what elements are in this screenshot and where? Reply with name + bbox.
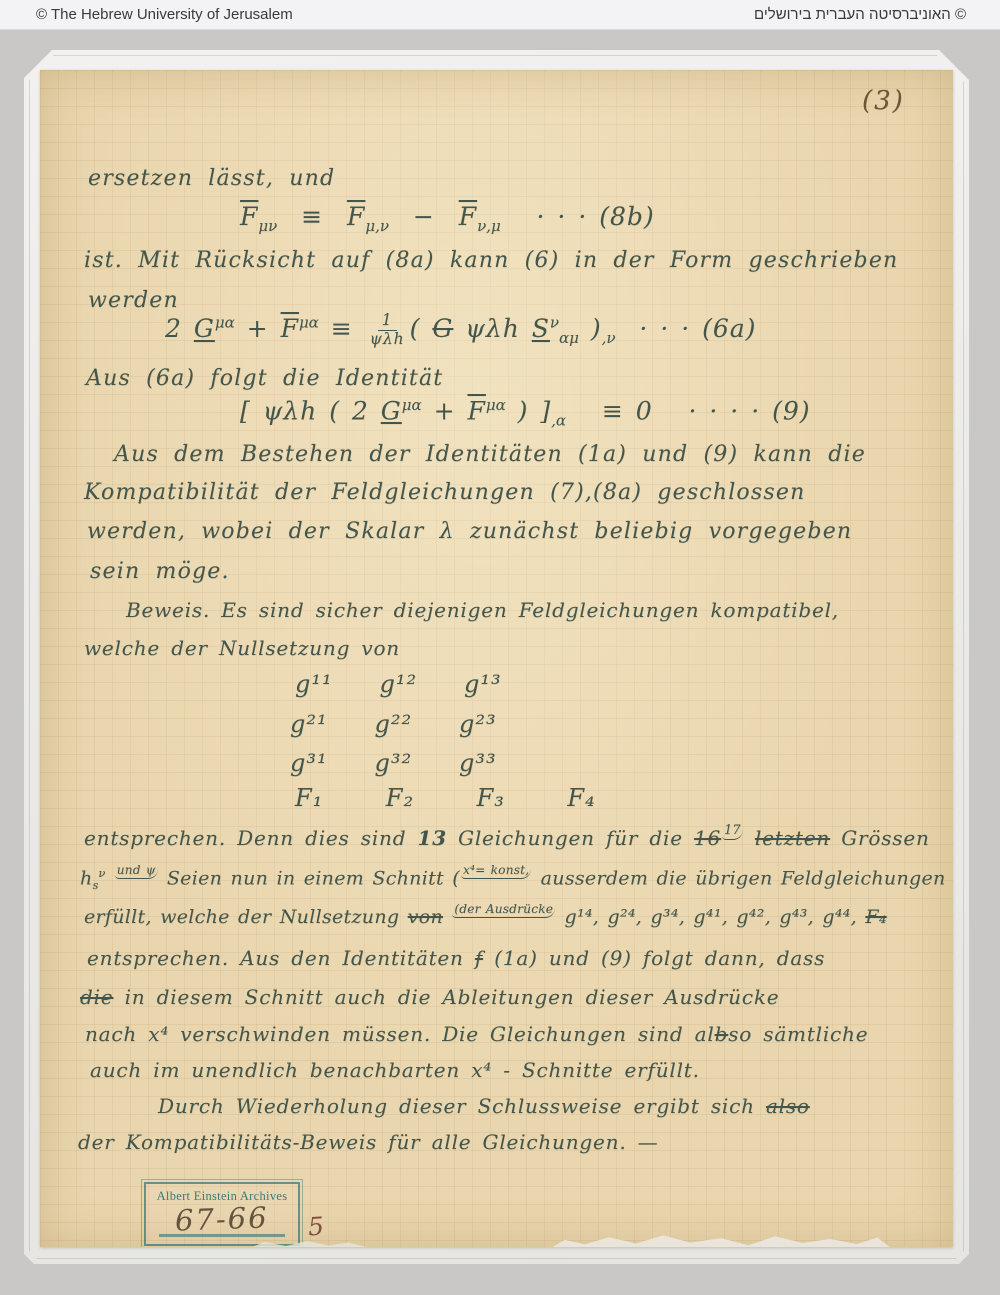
equation-8b: Fμν ≡ Fμ,ν − Fν,μ · · · (8b) <box>240 202 655 235</box>
handwritten-line: erfüllt, welche der Nullsetzung von (der… <box>84 906 887 928</box>
handwritten-line: Aus (6a) folgt die Identität <box>86 366 443 391</box>
page-number: (3) <box>862 86 905 116</box>
copyright-text-english: © The Hebrew University of Jerusalem <box>36 6 293 23</box>
equation-6a: 2 Gμα + Fμα ≡ 1ψλh( G ψλh Sναμ ),ν · · ·… <box>165 312 756 349</box>
handwritten-line: ersetzen lässt, und <box>88 166 335 191</box>
handwritten-line: sein möge. <box>90 559 230 584</box>
copyright-text-hebrew: © האוניברסיטה העברית בירושלים <box>754 6 966 23</box>
manuscript-page: (3) ersetzen lässt, und Fμν ≡ Fμ,ν − Fν,… <box>40 70 953 1247</box>
paper-tear-damage <box>551 1230 891 1247</box>
handwritten-line: Kompatibilität der Feldgleichungen (7),(… <box>84 480 805 505</box>
matrix-row-1: g¹¹ g¹² g¹³ <box>295 670 502 698</box>
handwritten-line: auch im unendlich benachbarten x⁴ - Schn… <box>90 1058 700 1082</box>
handwritten-line: entsprechen. Aus den Identitäten f (1a) … <box>87 946 825 970</box>
handwritten-line: hsν und ψ Seien nun in einem Schnitt (x⁴… <box>80 866 946 892</box>
handwritten-line: ist. Mit Rücksicht auf (8a) kann (6) in … <box>84 248 898 273</box>
handwritten-line: nach x⁴ verschwinden müssen. Die Gleichu… <box>85 1022 868 1046</box>
handwritten-line: die in diesem Schnitt auch die Ableitung… <box>80 985 779 1009</box>
handwritten-line: werden, wobei der Skalar λ zunächst beli… <box>87 519 852 544</box>
handwritten-line: Aus dem Bestehen der Identitäten (1a) un… <box>114 442 866 467</box>
matrix-row-3: g³¹ g³² g³³ <box>290 749 497 777</box>
handwritten-line: der Kompatibilitäts-Beweis für alle Glei… <box>78 1130 658 1154</box>
handwritten-line: Beweis. Es sind sicher diejenigen Feldgl… <box>126 598 839 622</box>
handwritten-line: entsprechen. Denn dies sind 13 Gleichung… <box>84 826 930 851</box>
handwritten-line: Durch Wiederholung dieser Schlussweise e… <box>158 1094 810 1118</box>
matrix-row-4: F₁ F₂ F₃ F₄ <box>295 784 596 812</box>
handwritten-line: werden <box>88 288 179 313</box>
stamp-archive-number: 67-66 <box>175 1202 270 1236</box>
pencil-page-note: 5 <box>307 1211 325 1241</box>
matrix-row-2: g²¹ g²² g²³ <box>290 710 497 738</box>
handwritten-line: welche der Nullsetzung von <box>84 636 400 660</box>
viewer-header: © The Hebrew University of Jerusalem © ה… <box>0 0 1000 30</box>
archive-stamp: Albert Einstein Archives 67-66 <box>144 1182 300 1246</box>
equation-9: [ ψλh ( 2 Gμα + Fμα ) ],α ≡ 0 · · · · (9… <box>240 396 811 429</box>
